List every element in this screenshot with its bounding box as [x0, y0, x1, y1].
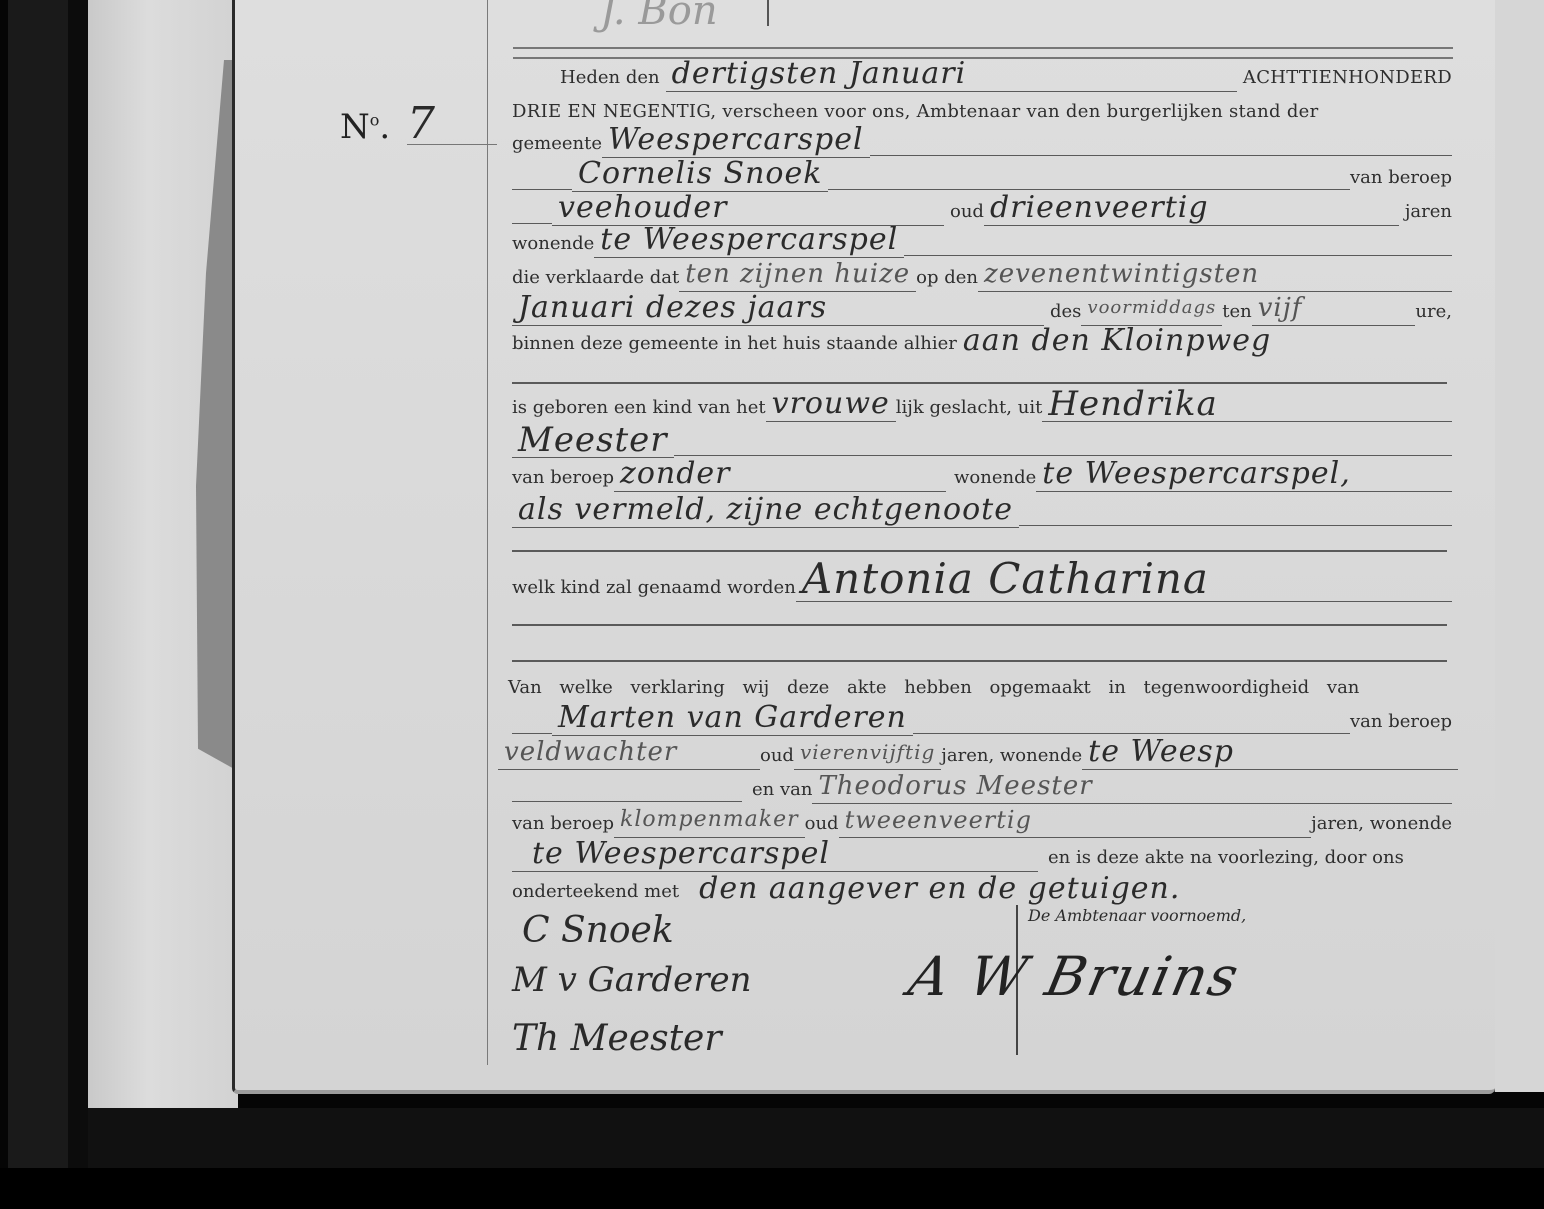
- line-signed-with: onderteekend met den aangever en de getu…: [512, 872, 1452, 906]
- line-mother-surname: Meester: [512, 424, 1452, 458]
- printed-text: wonende: [954, 467, 1036, 492]
- line-child-sex-mother: is geboren een kind van het vrouwe lijk …: [512, 388, 1452, 422]
- line-witness-1: Marten van Garderen van beroep: [512, 702, 1452, 736]
- handwritten-signers: den aangever en de getuigen.: [693, 874, 1186, 906]
- signature-declarant: C Snoek: [522, 910, 674, 951]
- line-place-of-birth: die verklaarde dat ten zijnen huize op d…: [512, 258, 1452, 292]
- next-page-edge: [1492, 0, 1544, 1092]
- printed-text: wonende: [512, 233, 594, 258]
- handwritten-month-year: Januari dezes jaars: [512, 293, 1044, 326]
- act-number-sup: o: [370, 111, 380, 130]
- line-house-location: binnen deze gemeente in het huis staande…: [512, 324, 1452, 358]
- book-spine-edge: [8, 0, 88, 1180]
- handwritten-relation: als vermeld, zijne echtgenoote: [512, 495, 1019, 528]
- handwritten-mother-residence: te Weespercarspel,: [1036, 459, 1452, 492]
- line-witness-2-details: van beroep klompenmaker oud tweeenveerti…: [512, 804, 1452, 838]
- handwritten-witness-1-age: vierenvijftig: [794, 737, 941, 770]
- handwritten-age: drieenveertig: [984, 193, 1399, 226]
- printed-text: Van welke verklaring wij deze akte hebbe…: [508, 677, 1359, 702]
- signature-official: A W Bruins: [903, 945, 1245, 1008]
- handwritten-mother-first-name: Hendrika: [1042, 389, 1452, 422]
- book-bottom-edge: [88, 1108, 1544, 1168]
- act-number-dot: .: [379, 107, 390, 147]
- printed-text: gemeente: [512, 133, 602, 158]
- act-number-label: N: [340, 107, 370, 147]
- margin-rule: [487, 0, 488, 1065]
- printed-text: oud: [760, 745, 794, 770]
- act-number: No. 7: [340, 104, 497, 147]
- line-child-name: welk kind zal genaamd worden Antonia Cat…: [512, 558, 1452, 602]
- line-declarant-residence: wonende te Weespercarspel: [512, 224, 1452, 258]
- line-witness-2: en van Theodorus Meester: [512, 770, 1452, 804]
- handwritten-place: ten zijnen huize: [679, 259, 916, 292]
- handwritten-sex: vrouwe: [766, 389, 896, 422]
- printed-text: welk kind zal genaamd worden: [512, 577, 796, 602]
- blank-rule: [512, 550, 1447, 552]
- previous-entry-mark: [767, 0, 769, 26]
- printed-text: jaren, wonende: [941, 745, 1082, 770]
- blank-rule: [1019, 524, 1452, 526]
- blank-rule: [870, 154, 1452, 156]
- line-witness-1-details: veldwachter oud vierenvijftig jaren, won…: [498, 736, 1458, 770]
- line-year: DRIE EN NEGENTIG, verscheen voor ons, Am…: [512, 92, 1452, 126]
- printed-text: ure,: [1415, 301, 1452, 326]
- line-birth-time: Januari dezes jaars des voormiddags ten …: [512, 292, 1452, 326]
- handwritten-witness-2-residence: te Weespercarspel: [512, 839, 1038, 872]
- printed-text: en is deze akte na voorlezing, door ons: [1048, 847, 1404, 872]
- printed-text: jaren: [1405, 201, 1452, 226]
- handwritten-child-name: Antonia Catharina: [796, 559, 1452, 602]
- printed-text: die verklaarde dat: [512, 267, 679, 292]
- blank-rule: [512, 660, 1447, 662]
- handwritten-witness-2-name: Theodorus Meester: [812, 771, 1452, 804]
- scan-bottom-border: [0, 1168, 1544, 1209]
- printed-text: van beroep: [512, 467, 614, 492]
- line-mother-relation: als vermeld, zijne echtgenoote: [512, 494, 1452, 528]
- line-date: Heden den dertigsten Januari ACHTTIENHON…: [512, 58, 1452, 92]
- handwritten-declarant-name: Cornelis Snoek: [572, 159, 828, 192]
- line-declarant: Cornelis Snoek van beroep: [512, 158, 1452, 192]
- blank-rule: [904, 254, 1452, 256]
- printed-text: van beroep: [512, 813, 614, 838]
- printed-text: Heden den: [560, 67, 660, 92]
- printed-text: is geboren een kind van het: [512, 397, 766, 422]
- line-witness-intro: Van welke verklaring wij deze akte hebbe…: [508, 668, 1448, 702]
- printed-text: van beroep: [1350, 711, 1452, 736]
- line-declarant-occupation: veehouder oud drieenveertig jaren: [512, 192, 1452, 226]
- printed-text: oud: [950, 201, 984, 226]
- official-caption: De Ambtenaar voornoemd,: [1028, 906, 1246, 925]
- signature-witness-2: Th Meester: [512, 1018, 722, 1059]
- handwritten-date: dertigsten Januari: [666, 59, 1237, 92]
- handwritten-hour: vijf: [1252, 293, 1416, 326]
- handwritten-birth-day: zevenentwintigsten: [978, 259, 1452, 292]
- printed-text: lijk geslacht, uit: [896, 397, 1043, 422]
- handwritten-residence: te Weespercarspel: [594, 225, 904, 258]
- handwritten-mother-surname: Meester: [512, 425, 674, 458]
- handwritten-mother-occupation: zonder: [614, 459, 946, 492]
- blank-rule: [512, 800, 742, 802]
- printed-text: ACHTTIENHONDERD: [1243, 67, 1452, 92]
- blank-rule: [512, 624, 1447, 626]
- printed-text: en van: [752, 779, 812, 804]
- printed-text: van beroep: [1350, 167, 1452, 192]
- handwritten-witness-1-residence: te Weesp: [1082, 737, 1458, 770]
- handwritten-street: aan den Kloinpweg: [957, 326, 1452, 358]
- handwritten-witness-1-name: Marten van Garderen: [552, 703, 913, 736]
- line-witness-2-residence: te Weespercarspel en is deze akte na voo…: [512, 838, 1452, 872]
- printed-text: oud: [805, 813, 839, 838]
- handwritten-witness-2-occupation: klompenmaker: [614, 805, 805, 838]
- previous-entry-signature: J. Bon: [600, 0, 718, 34]
- signature-witness-1: M v Garderen: [512, 960, 751, 1000]
- line-mother-occupation: van beroep zonder wonende te Weespercars…: [512, 458, 1452, 492]
- blank-rule: [512, 732, 552, 734]
- printed-text: onderteekend met: [512, 881, 679, 906]
- printed-text: jaren, wonende: [1311, 813, 1452, 838]
- handwritten-municipality: Weespercarspel: [602, 125, 870, 158]
- handwritten-witness-2-age: tweeenveertig: [839, 805, 1312, 838]
- line-municipality: gemeente Weespercarspel: [512, 124, 1452, 158]
- printed-text: binnen deze gemeente in het huis staande…: [512, 333, 957, 358]
- blank-rule: [512, 382, 1447, 384]
- printed-text: op den: [916, 267, 978, 292]
- handwritten-day-part: voormiddags: [1081, 293, 1222, 326]
- act-number-value: 7: [407, 104, 497, 145]
- handwritten-witness-1-occupation: veldwachter: [498, 737, 760, 770]
